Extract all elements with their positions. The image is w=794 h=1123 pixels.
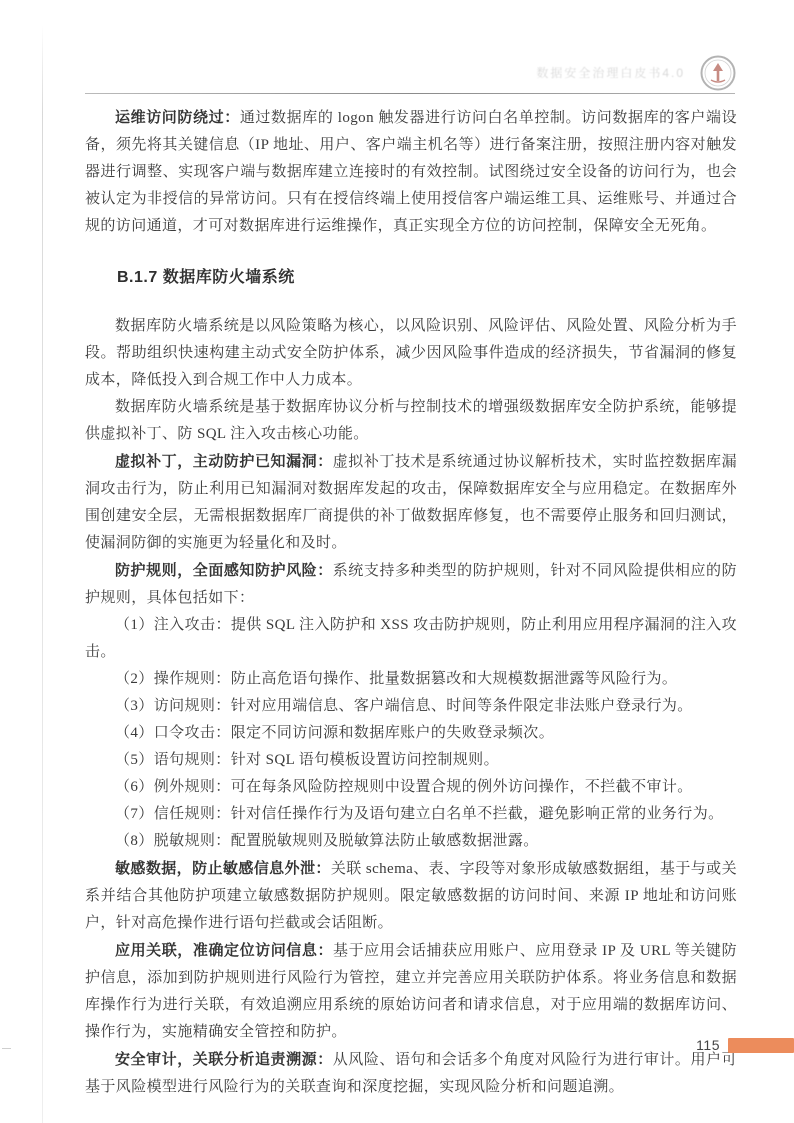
rule-item-1: （1）注入攻击：提供 SQL 注入防护和 XSS 攻击防护规则，防止利用应用程序…: [85, 612, 737, 666]
paragraph-ops-bypass: 运维访问防绕过：通过数据库的 logon 触发器进行访问白名单控制。访问数据库的…: [85, 104, 737, 240]
rule-item-2: （2）操作规则：防止高危语句操作、批量数据篡改和大规模数据泄露等风险行为。: [85, 666, 737, 693]
rule-item-5: （5）语句规则：针对 SQL 语句模板设置访问控制规则。: [85, 747, 737, 774]
rule-item-8: （8）脱敏规则：配置脱敏规则及脱敏算法防止敏感数据泄露。: [85, 828, 737, 855]
paragraph-firewall-capability: 数据库防火墙系统是基于数据库协议分析与控制技术的增强级数据库安全防护系统，能够提…: [85, 394, 737, 448]
header-watermark: 数据安全治理白皮书4.0: [536, 64, 685, 81]
paragraph-app-relation: 应用关联，准确定位访问信息：基于应用会话捕获应用账户、应用登录 IP 及 URL…: [85, 937, 737, 1046]
paragraph-sensitive-data: 敏感数据，防止敏感信息外泄：关联 schema、表、字段等对象形成敏感数据组，基…: [85, 855, 737, 937]
rule-list: （1）注入攻击：提供 SQL 注入防护和 XSS 攻击防护规则，防止利用应用程序…: [85, 612, 737, 855]
document-page: 数据安全治理白皮书4.0 运维访问防绕过：通过数据库的 logon 触发器进行访…: [0, 0, 794, 1123]
scan-edge-line: [42, 25, 43, 1123]
paragraph-protection-rules: 防护规则，全面感知防护风险：系统支持多种类型的防护规则，针对不同风险提供相应的防…: [85, 557, 737, 612]
rule-item-6: （6）例外规则：可在每条风险防控规则中设置合规的例外访问操作，不拦截不审计。: [85, 774, 737, 801]
footer-accent-bar: [728, 1038, 794, 1053]
page-number: 115: [696, 1037, 720, 1053]
publisher-logo-icon: [699, 54, 737, 92]
rule-item-4: （4）口令攻击：限定不同访问源和数据库账户的失败登录频次。: [85, 720, 737, 747]
page-footer: 115: [0, 1036, 794, 1058]
paragraph-lead: 虚拟补丁，主动防护已知漏洞：: [115, 453, 333, 470]
paragraph-lead: 运维访问防绕过：: [115, 109, 240, 126]
document-body: 运维访问防绕过：通过数据库的 logon 触发器进行访问白名单控制。访问数据库的…: [85, 104, 737, 1101]
section-heading: B.1.7 数据库防火墙系统: [85, 264, 737, 291]
paragraph-lead: 敏感数据，防止敏感信息外泄：: [115, 860, 331, 877]
paragraph-lead: 应用关联，准确定位访问信息：: [115, 942, 333, 959]
paragraph-text: 通过数据库的 logon 触发器进行访问白名单控制。访问数据库的客户端设备，须先…: [85, 110, 737, 234]
rule-item-7: （7）信任规则：针对信任操作行为及语句建立白名单不拦截，避免影响正常的业务行为。: [85, 801, 737, 828]
paragraph-lead: 防护规则，全面感知防护风险：: [115, 562, 333, 579]
paragraph-firewall-overview: 数据库防火墙系统是以风险策略为核心，以风险识别、风险评估、风险处置、风险分析为手…: [85, 313, 737, 394]
header-divider: [85, 93, 735, 94]
page-header: 数据安全治理白皮书4.0: [85, 52, 737, 94]
paragraph-virtual-patch: 虚拟补丁，主动防护已知漏洞：虚拟补丁技术是系统通过协议解析技术，实时监控数据库漏…: [85, 448, 737, 557]
rule-item-3: （3）访问规则：针对应用端信息、客户端信息、时间等条件限定非法账户登录行为。: [85, 693, 737, 720]
